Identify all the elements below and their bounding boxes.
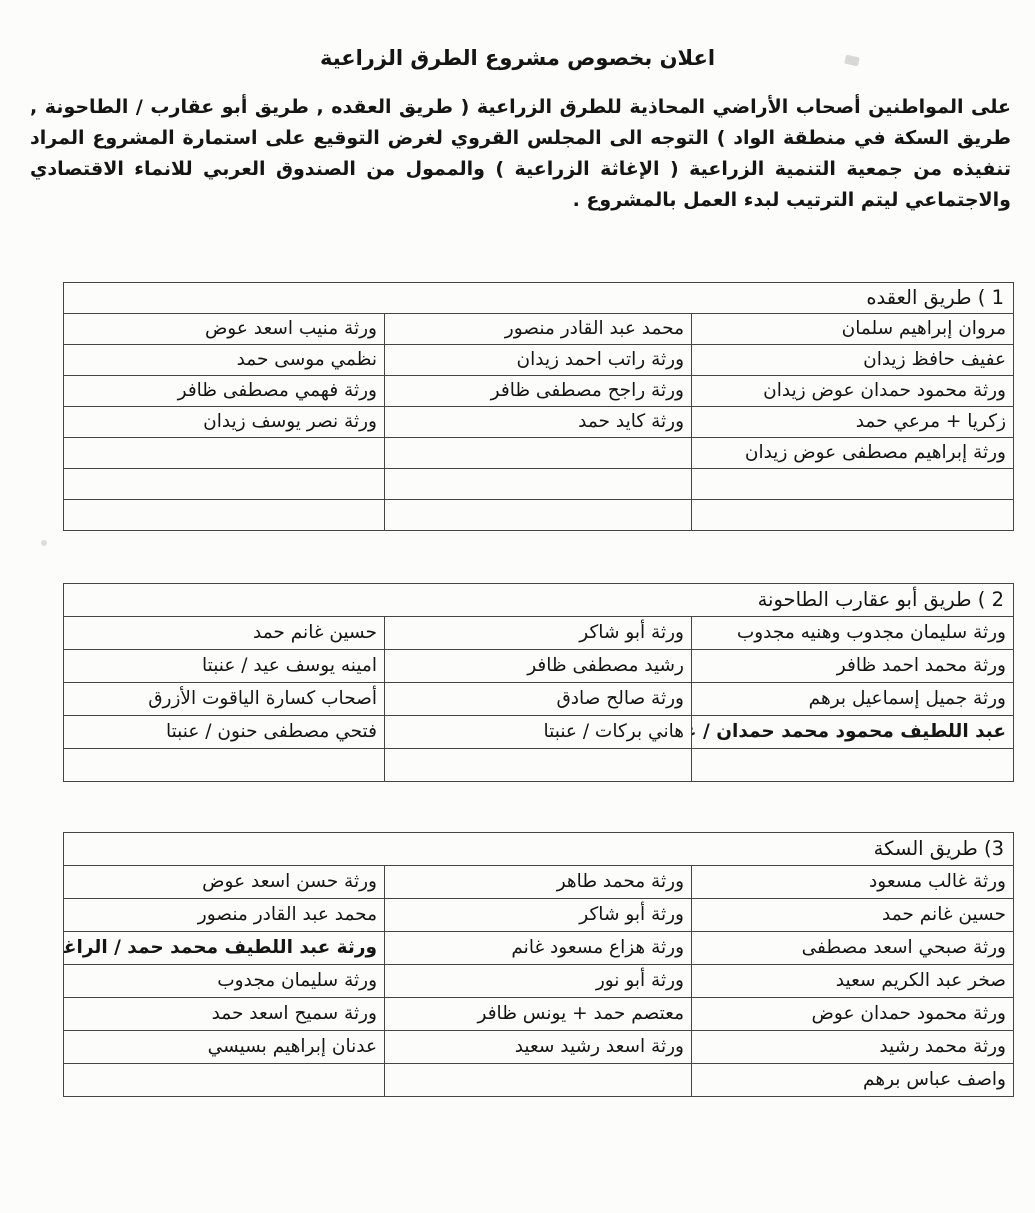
table-cell: ورثة هزاع مسعود غانم [385,932,692,965]
table-cell: ورثة راتب احمد زيدان [385,345,692,376]
table-row: ورثة محمد رشيدورثة اسعد رشيد سعيدعدنان إ… [64,1031,1014,1064]
table-row: ورثة سليمان مجدوب وهنيه مجدوبورثة أبو شا… [64,617,1014,650]
table-cell [692,500,1014,531]
table-row: زكريا + مرعي حمدورثة كايد حمدورثة نصر يو… [64,407,1014,438]
table-row [64,500,1014,531]
table-cell [385,1064,692,1097]
table-cell: ورثة محمد طاهر [385,866,692,899]
table-cell: ورثة غالب مسعود [692,866,1014,899]
table-cell [64,749,385,782]
table-cell: زكريا + مرعي حمد [692,407,1014,438]
table-row: ورثة إبراهيم مصطفى عوض زيدان [64,438,1014,469]
document-title: اعلان بخصوص مشروع الطرق الزراعية [0,46,1035,70]
table-title-cell: 1 ) طريق العقده [64,283,1014,314]
road-table-abu-aqarib-tahouneh: 2 ) طريق أبو عقارب الطاحونة ورثة سليمان … [63,583,1014,782]
table-cell: ورثة صالح صادق [385,683,692,716]
table-cell: فتحي مصطفى حنون / عنبتا [64,716,385,749]
table-row [64,469,1014,500]
table-cell [64,438,385,469]
table-row: عبد اللطيف محمود محمد حمدان / عنبتاهاني … [64,716,1014,749]
table-cell: عفيف حافظ زيدان [692,345,1014,376]
table-cell [385,469,692,500]
table-cell [692,749,1014,782]
table-cell: مروان إبراهيم سلمان [692,314,1014,345]
table-cell [64,1064,385,1097]
table-row: حسين غانم حمدورثة أبو شاكرمحمد عبد القاد… [64,899,1014,932]
table-cell: ورثة محمود حمدان عوض [692,998,1014,1031]
scan-artifact [41,540,47,546]
scanned-document-page: { "page": { "title": "اعلان بخصوص مشروع … [0,0,1035,1213]
table-cell: ورثة كايد حمد [385,407,692,438]
table-row [64,749,1014,782]
table-cell: ورثة محمود حمدان عوض زيدان [692,376,1014,407]
table-cell: ورثة عبد اللطيف محمد حمد / الراغب [64,932,385,965]
table-header-row: 1 ) طريق العقده [64,283,1014,314]
table-row: واصف عباس برهم [64,1064,1014,1097]
table-cell: امينه يوسف عيد / عنبتا [64,650,385,683]
table-cell: حسين غانم حمد [64,617,385,650]
document-body: اعلان بخصوص مشروع الطرق الزراعية على الم… [0,0,1035,1097]
table-cell: ورثة محمد احمد ظافر [692,650,1014,683]
table-cell: صخر عبد الكريم سعيد [692,965,1014,998]
table-cell: نظمي موسى حمد [64,345,385,376]
table-row: ورثة جميل إسماعيل برهمورثة صالح صادقأصحا… [64,683,1014,716]
table-cell [385,500,692,531]
table-cell: هاني بركات / عنبتا [385,716,692,749]
table-cell: عدنان إبراهيم بسيسي [64,1031,385,1064]
table-cell: ورثة إبراهيم مصطفى عوض زيدان [692,438,1014,469]
table-cell: ورثة نصر يوسف زيدان [64,407,385,438]
table-cell [64,500,385,531]
table-cell: ورثة محمد رشيد [692,1031,1014,1064]
table-cell [64,469,385,500]
table-cell: ورثة صبحي اسعد مصطفى [692,932,1014,965]
table-cell: محمد عبد القادر منصور [64,899,385,932]
table-cell: ورثة راجح مصطفى ظافر [385,376,692,407]
road-table-aqdeh: 1 ) طريق العقده مروان إبراهيم سلمانمحمد … [63,282,1014,531]
table-cell [385,438,692,469]
road-table-sikkeh: 3) طريق السكة ورثة غالب مسعودورثة محمد ط… [63,832,1014,1097]
table-row: ورثة محمود حمدان عوض زيدانورثة راجح مصطف… [64,376,1014,407]
table-header-row: 3) طريق السكة [64,833,1014,866]
table-cell [385,749,692,782]
table-cell [692,469,1014,500]
table-cell: ورثة حسن اسعد عوض [64,866,385,899]
table-cell: ورثة أبو شاكر [385,617,692,650]
table-cell: ورثة سليمان مجدوب وهنيه مجدوب [692,617,1014,650]
table-row: مروان إبراهيم سلمانمحمد عبد القادر منصور… [64,314,1014,345]
table-cell: ورثة سميح اسعد حمد [64,998,385,1031]
table-cell: رشيد مصطفى ظافر [385,650,692,683]
table-row: صخر عبد الكريم سعيدورثة أبو نورورثة سليم… [64,965,1014,998]
table-cell: ورثة جميل إسماعيل برهم [692,683,1014,716]
table-cell: ورثة منيب اسعد عوض [64,314,385,345]
table-header-row: 2 ) طريق أبو عقارب الطاحونة [64,584,1014,617]
table-cell: ورثة سليمان مجدوب [64,965,385,998]
table-cell: أصحاب كسارة الياقوت الأزرق [64,683,385,716]
announcement-paragraph: على المواطنين أصحاب الأراضي المحاذية للط… [30,92,1011,216]
table-row: عفيف حافظ زيدانورثة راتب احمد زيداننظمي … [64,345,1014,376]
table-row: ورثة صبحي اسعد مصطفىورثة هزاع مسعود غانم… [64,932,1014,965]
table-row: ورثة محمد احمد ظافررشيد مصطفى ظافرامينه … [64,650,1014,683]
table-cell: معتصم حمد + يونس ظافر [385,998,692,1031]
table-cell: محمد عبد القادر منصور [385,314,692,345]
table-cell: عبد اللطيف محمود محمد حمدان / عنبتا [692,716,1014,749]
table-cell: واصف عباس برهم [692,1064,1014,1097]
table-cell: ورثة أبو نور [385,965,692,998]
table-cell: ورثة اسعد رشيد سعيد [385,1031,692,1064]
table-row: ورثة غالب مسعودورثة محمد طاهرورثة حسن اس… [64,866,1014,899]
table-cell: حسين غانم حمد [692,899,1014,932]
table-title-cell: 2 ) طريق أبو عقارب الطاحونة [64,584,1014,617]
table-cell: ورثة أبو شاكر [385,899,692,932]
table-row: ورثة محمود حمدان عوضمعتصم حمد + يونس ظاف… [64,998,1014,1031]
table-title-cell: 3) طريق السكة [64,833,1014,866]
table-cell: ورثة فهمي مصطفى ظافر [64,376,385,407]
